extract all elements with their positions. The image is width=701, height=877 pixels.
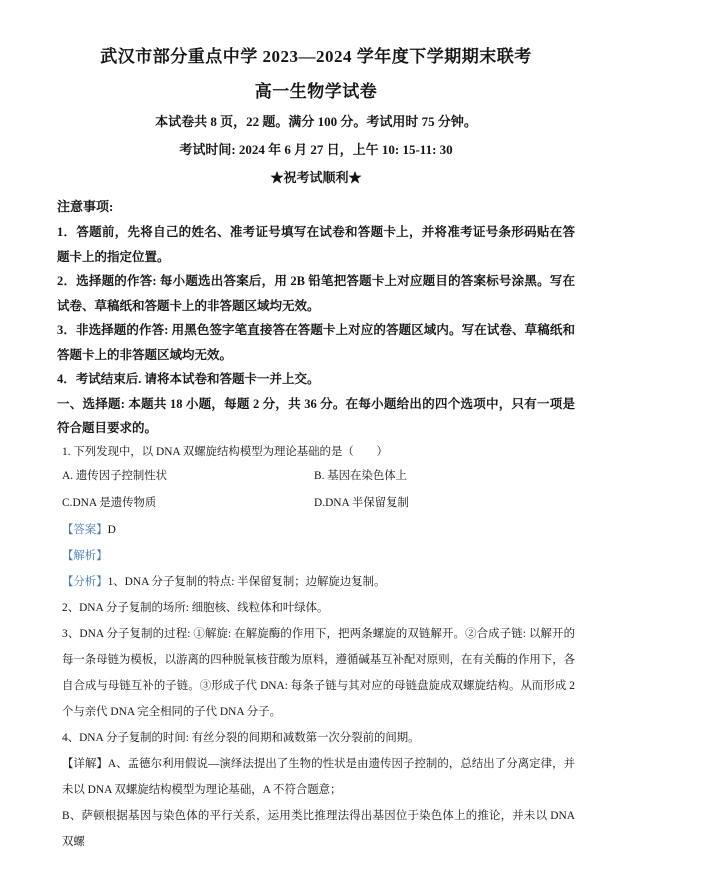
exam-document-page: 武汉市部分重点中学 2023—2024 学年度下学期期末联考 高一生物学试卷 本… bbox=[0, 0, 701, 877]
answer-value: D bbox=[108, 524, 116, 536]
notice-item-2: 2．选择题的作答: 每小题选出答案后，用 2B 铅笔把答题卡上对应题目的答案标号… bbox=[57, 269, 575, 318]
analysis-paragraph-1: 【分析】1、DNA 分子复制的特点: 半保留复制；边解旋边复制。 bbox=[62, 569, 575, 595]
analysis-text-1: 1、DNA 分子复制的特点: 半保留复制；边解旋边复制。 bbox=[108, 576, 386, 588]
notices-title: 注意事项: bbox=[57, 198, 575, 216]
notice-item-4: 4．考试结束后. 请将本试卷和答题卡一并上交。 bbox=[57, 367, 575, 392]
notice-item-3: 3．非选择题的作答: 用黑色签字笔直接答在答题卡上对应的答题区域内。写在试卷、草… bbox=[57, 318, 575, 367]
answer-label: 【答案】 bbox=[62, 524, 108, 536]
exam-time-line: 考试时间: 2024 年 6 月 27 日，上午 10: 15-11: 30 bbox=[57, 141, 575, 159]
option-b: B. 基因在染色体上 bbox=[314, 463, 575, 490]
exam-title: 武汉市部分重点中学 2023—2024 学年度下学期期末联考 bbox=[57, 46, 575, 68]
option-c: C.DNA 是遗传物质 bbox=[62, 490, 314, 517]
section-heading: 一、选择题: 本题共 18 小题，每题 2 分，共 36 分。在每小题给出的四个… bbox=[57, 392, 575, 441]
paper-info-line: 本试卷共 8 页，22 题。满分 100 分。考试用时 75 分钟。 bbox=[57, 113, 575, 131]
detail-text-1: A、孟德尔利用假说—演绎法提出了生物的性状是由遗传因子控制的，总结出了分离定律，… bbox=[62, 758, 575, 796]
options-grid: A. 遗传因子控制性状 B. 基因在染色体上 C.DNA 是遗传物质 D.DNA… bbox=[62, 463, 575, 517]
option-d: D.DNA 半保留复制 bbox=[314, 490, 575, 517]
analysis-paragraph-3: 3、DNA 分子复制的过程: ①解旋: 在解旋酶的作用下，把两条螺旋的双链解开。… bbox=[62, 621, 575, 725]
analysis-paragraph-2: 2、DNA 分子复制的场所: 细胞核、线粒体和叶绿体。 bbox=[62, 595, 575, 621]
explanation-label: 【解析】 bbox=[62, 543, 575, 569]
question-stem: 1. 下列发现中，以 DNA 双螺旋结构模型为理论基础的是（ ） bbox=[62, 441, 575, 463]
notice-item-1: 1．答题前，先将自己的姓名、准考证号填写在试卷和答题卡上，并将准考证号条形码贴在… bbox=[57, 220, 575, 269]
detail-paragraph-2: B、萨顿根据基因与染色体的平行关系，运用类比推理法得出基因位于染色体上的推论，并… bbox=[62, 803, 575, 855]
analysis-label: 【分析】 bbox=[62, 576, 108, 588]
exam-subject-title: 高一生物学试卷 bbox=[57, 81, 575, 103]
detail-paragraph-1: 【详解】A、孟德尔利用假说—演绎法提出了生物的性状是由遗传因子控制的，总结出了分… bbox=[62, 751, 575, 803]
answer-line: 【答案】D bbox=[62, 517, 575, 543]
analysis-paragraph-4: 4、DNA 分子复制的时间: 有丝分裂的间期和减数第一次分裂前的间期。 bbox=[62, 725, 575, 751]
exam-wish-line: ★祝考试顺利★ bbox=[57, 169, 575, 187]
option-a: A. 遗传因子控制性状 bbox=[62, 463, 314, 490]
question-1-block: 1. 下列发现中，以 DNA 双螺旋结构模型为理论基础的是（ ） A. 遗传因子… bbox=[62, 441, 575, 855]
detail-label: 【详解】 bbox=[62, 758, 108, 770]
notices-block: 1．答题前，先将自己的姓名、准考证号填写在试卷和答题卡上，并将准考证号条形码贴在… bbox=[57, 220, 575, 441]
